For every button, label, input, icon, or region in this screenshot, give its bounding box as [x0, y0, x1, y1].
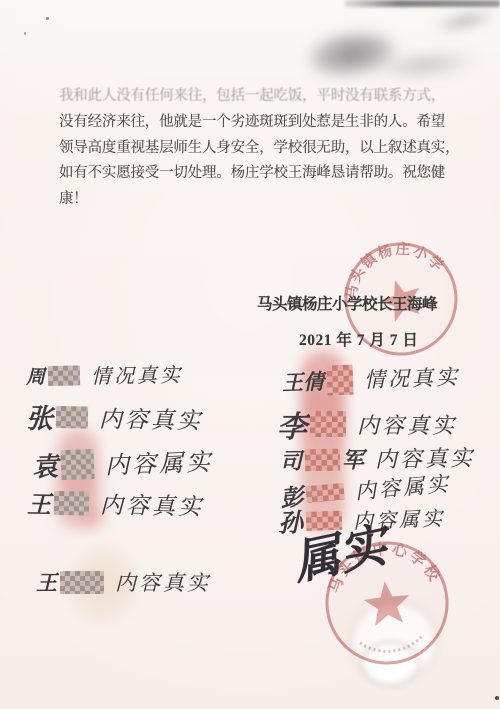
endorsement-row-left-2: 张 内容真实 — [26, 396, 204, 438]
signer-name: 袁 — [31, 446, 58, 484]
censored-name-mosaic — [48, 365, 80, 386]
censored-name-mosaic — [327, 365, 354, 396]
endorsement-phrase: 内容真实 — [115, 567, 211, 597]
principal-signature-line: 马头镇杨庄小学校长王海峰 — [257, 292, 437, 314]
endorsement-phrase: 情况真实 — [91, 359, 183, 390]
signer-name: 王 — [36, 567, 57, 597]
signer-name: 王倩 — [282, 366, 325, 397]
paper-speck — [24, 32, 26, 35]
censored-name-mosaic — [305, 483, 344, 503]
endorsement-phrase: 内容真实 — [357, 409, 457, 440]
paper-speck — [46, 17, 49, 20]
endorsement-row-right-1: 王倩 情况真实 — [282, 361, 461, 397]
letter-line-5: 康！ — [59, 187, 459, 213]
endorsement-phrase: 内容属实 — [104, 442, 213, 481]
endorsement-row-right-2: 李 内容真实 — [277, 402, 457, 446]
censored-name-mosaic — [61, 449, 95, 480]
endorsement-row-left-4: 王 内容真实 — [27, 484, 205, 522]
censored-name-mosaic — [54, 490, 89, 515]
paper-speck — [495, 696, 499, 700]
endorsement-row-left-1: 周 情况真实 — [26, 359, 183, 391]
letter-photo: 马头镇杨庄小学 马头镇中心学校 我和此人没有任何来往，包括一起吃饭，平时没有联系… — [0, 0, 500, 709]
censored-name-mosaic — [60, 571, 104, 594]
censored-name-mosaic — [305, 448, 340, 471]
signer-name-suffix: 军 — [342, 443, 365, 474]
signer-name: 李 — [277, 402, 307, 446]
letter-line-2: 没有经济来往，他就是一个劣迹斑斑到处惹是生非的人。希望 — [59, 110, 459, 136]
signer-name: 司 — [280, 444, 303, 475]
endorsement-phrase: 情况真实 — [363, 361, 460, 394]
endorsement-row-left-5: 王 内容真实 — [36, 567, 211, 597]
letter-line-3: 领导高度重视基层师生人身安全，学校很无助，以上叙述真实， — [59, 136, 459, 162]
letter-line-4: 如有不实愿接受一切处理。杨庄学校王海峰恳请帮助。祝您健 — [59, 161, 459, 187]
endorsement-phrase: 内容真实 — [100, 487, 205, 522]
censored-name-mosaic — [310, 411, 346, 437]
endorsement-phrase: 内容真实 — [99, 401, 204, 436]
signer-name: 张 — [26, 396, 54, 435]
letter-body: 我和此人没有任何来往，包括一起吃饭，平时没有联系方式， 没有经济来往，他就是一个… — [59, 84, 459, 213]
endorsement-row-left-3: 袁 内容属实 — [31, 441, 213, 484]
signer-name: 周 — [26, 362, 45, 389]
censored-name-mosaic — [56, 405, 88, 428]
letter-date: 2021 年 7 月 7 日 — [299, 328, 418, 350]
letter-line-1: 我和此人没有任何来往，包括一起吃饭，平时没有联系方式， — [59, 84, 459, 110]
signer-name: 王 — [27, 484, 52, 519]
